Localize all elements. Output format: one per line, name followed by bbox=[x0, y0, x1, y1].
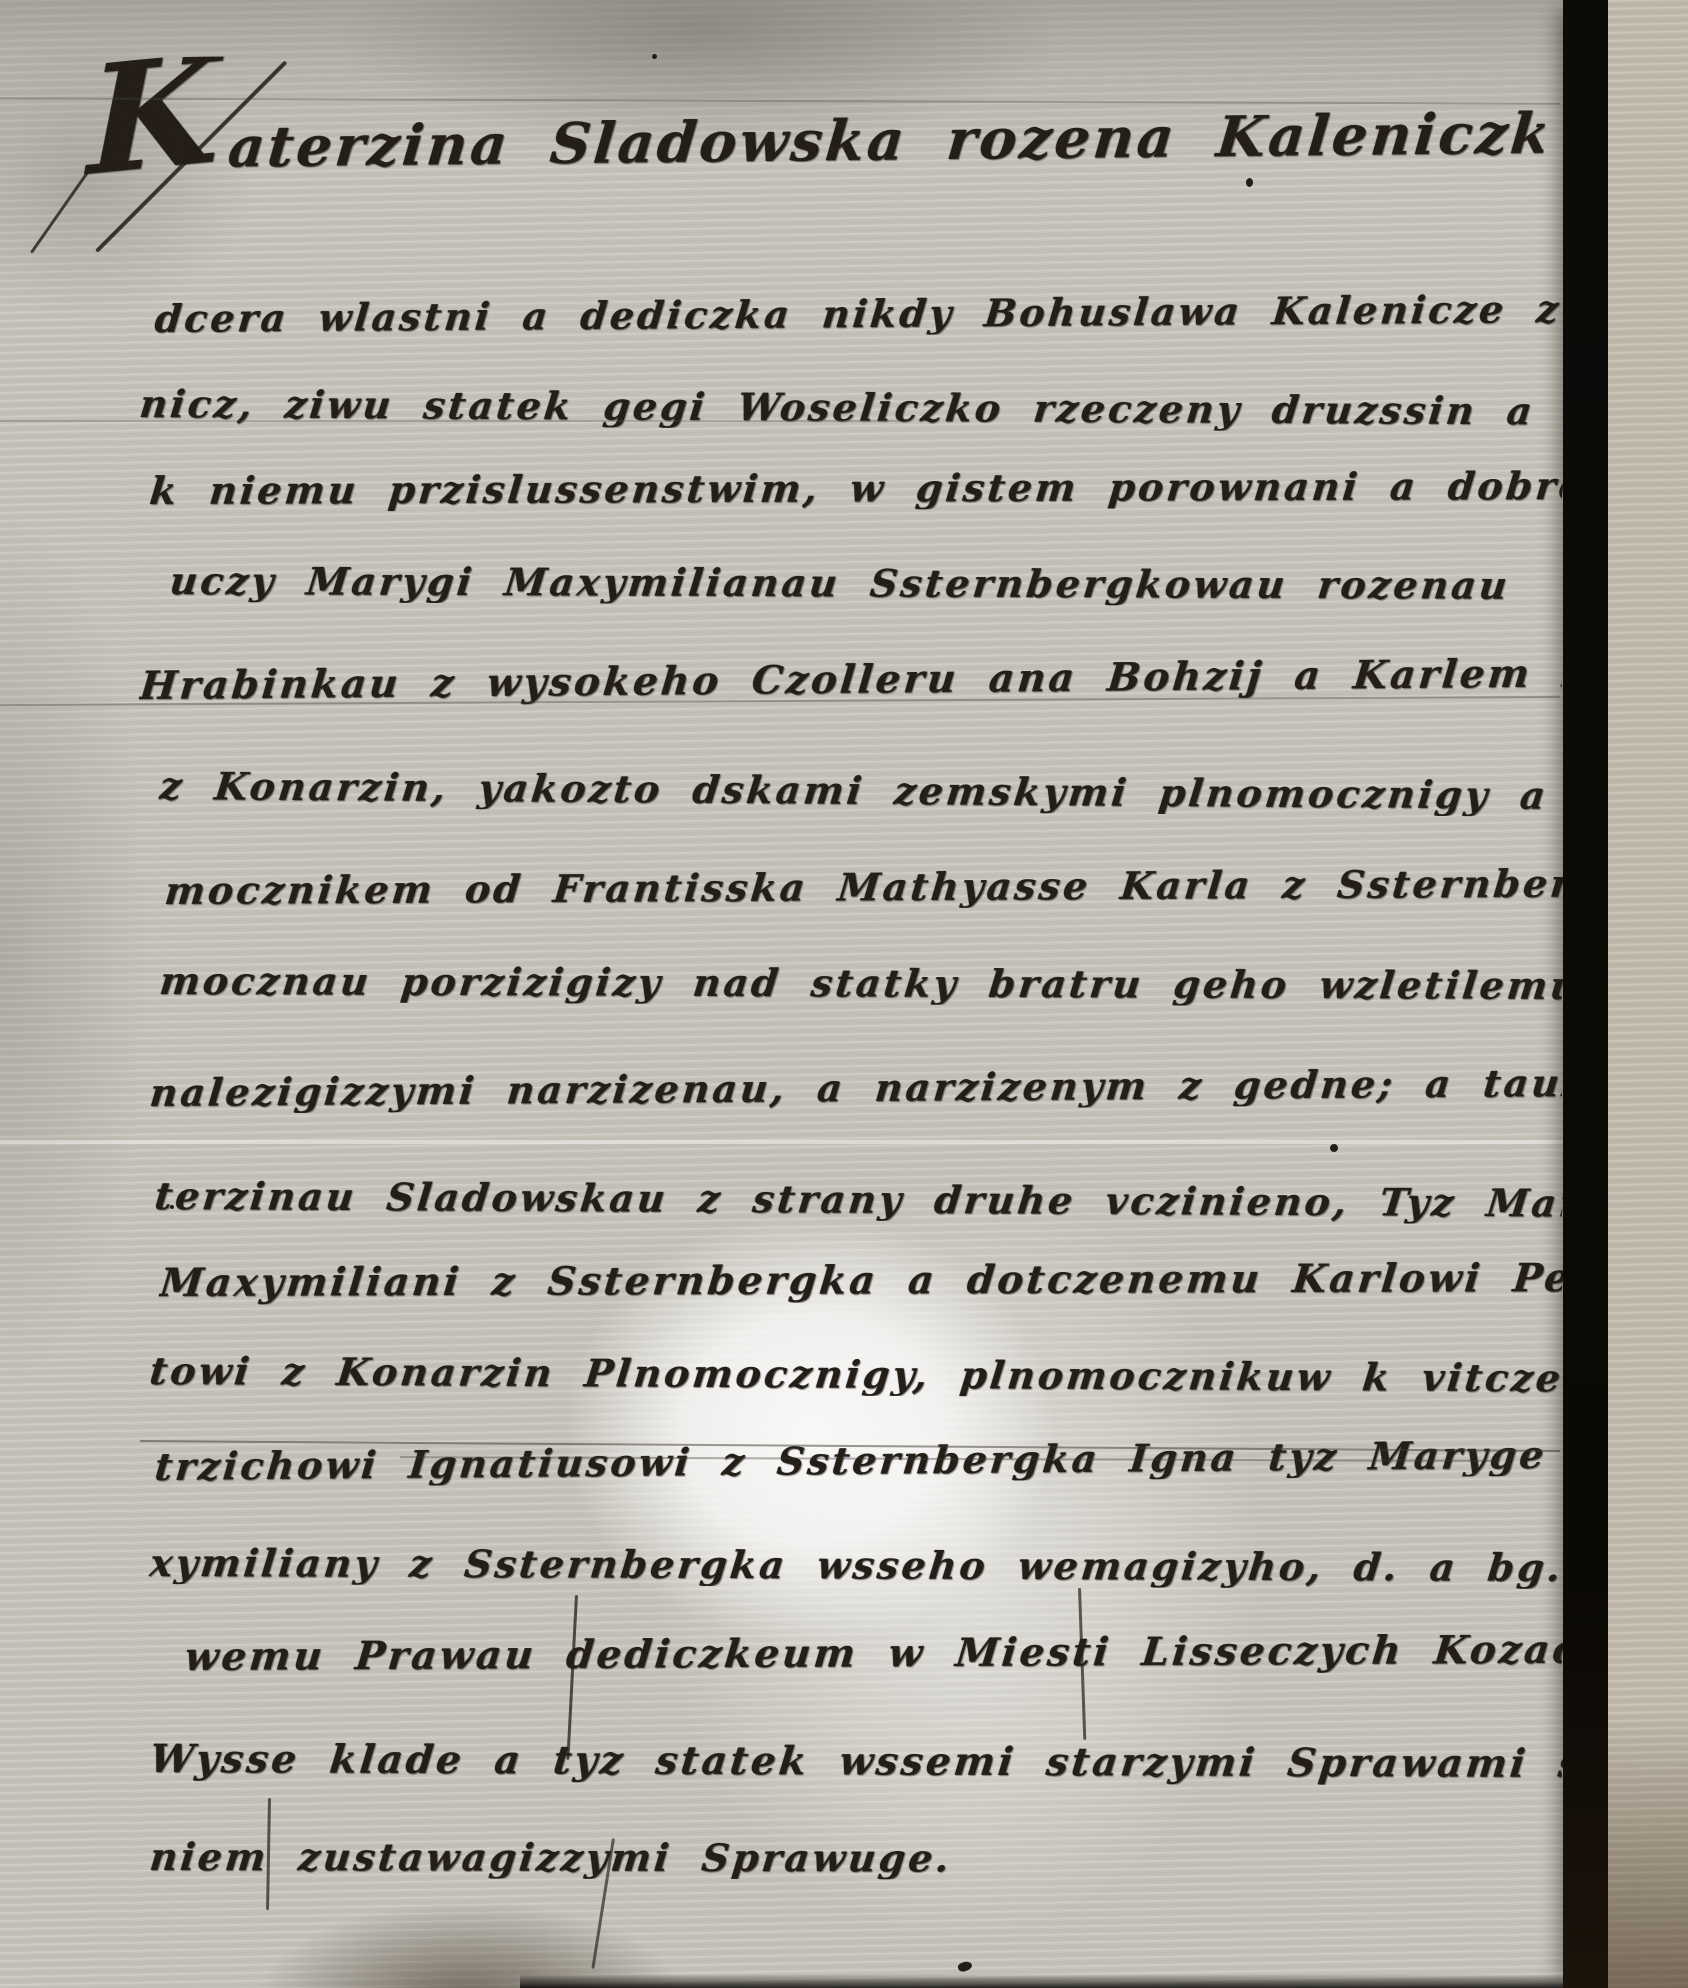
manuscript-line: mocznau porzizigizy nad statky bratru ge… bbox=[158, 960, 1566, 1007]
manuscript-line: towi z Konarzin Plnomocznigy, plnomoczni… bbox=[148, 1350, 1566, 1399]
manuscript-line: xymiliany z Ssternbergka wsseho wemagizy… bbox=[148, 1542, 1566, 1589]
heading-text: aterzina Sladowska rozena Kaleniczka z K… bbox=[226, 99, 1554, 179]
manuscript-line: nalezigizzymi narzizenau, a narzizenym z… bbox=[148, 1062, 1565, 1114]
bottom-edge-shadow bbox=[520, 1974, 1563, 1988]
manuscript-line: k niemu przislussenstwim, w gistem porow… bbox=[148, 465, 1565, 512]
manuscript-line: nicz, ziwu statek gegi Woseliczko rzecze… bbox=[138, 383, 1566, 432]
descender-flourish bbox=[566, 1595, 578, 1760]
manuscript-line: mocznikem od Frantisska Mathyasse Karla … bbox=[163, 863, 1565, 912]
manuscript-line: uczy Marygi Maxymilianau Ssternbergkowau… bbox=[168, 560, 1512, 606]
manuscript-line: trzichowi Ignatiusowi z Ssternbergka Ign… bbox=[153, 1434, 1565, 1488]
manuscript-line: Hrabinkau z wysokeho Czolleru ana Bohzij… bbox=[138, 653, 1565, 708]
manuscript-line: Wysse klade a tyz statek wssemi starzymi… bbox=[148, 1738, 1566, 1786]
manuscript-line: terzinau Sladowskau z strany druhe vczin… bbox=[153, 1175, 1566, 1224]
manuscript-line: wemu Prawau dediczkeum w Miesti Lisseczy… bbox=[183, 1629, 1565, 1679]
manuscript-line: Maxymiliani z Ssternbergka a dotczenemu … bbox=[158, 1257, 1565, 1305]
manuscript-line: z Konarzin, yakozto dskami zemskymi plno… bbox=[158, 765, 1566, 817]
ink-speck bbox=[1330, 1144, 1338, 1152]
light-streak bbox=[0, 1140, 1600, 1144]
heading-initial-letter: K bbox=[88, 51, 223, 181]
manuscript-line: niem zustawagizzymi Sprawuge. bbox=[148, 1836, 954, 1879]
manuscript-heading: K aterzina Sladowska rozena Kaleniczka z… bbox=[82, 43, 1554, 181]
manuscript-photo: K aterzina Sladowska rozena Kaleniczka z… bbox=[0, 0, 1688, 1988]
ink-speck bbox=[1246, 178, 1253, 187]
adjacent-page-edge bbox=[1608, 0, 1688, 1988]
ink-speck bbox=[957, 1960, 973, 1973]
manuscript-line: dcera wlastni a dediczka nikdy Bohuslawa… bbox=[153, 288, 1565, 340]
book-gutter-shadow bbox=[1563, 0, 1608, 1988]
